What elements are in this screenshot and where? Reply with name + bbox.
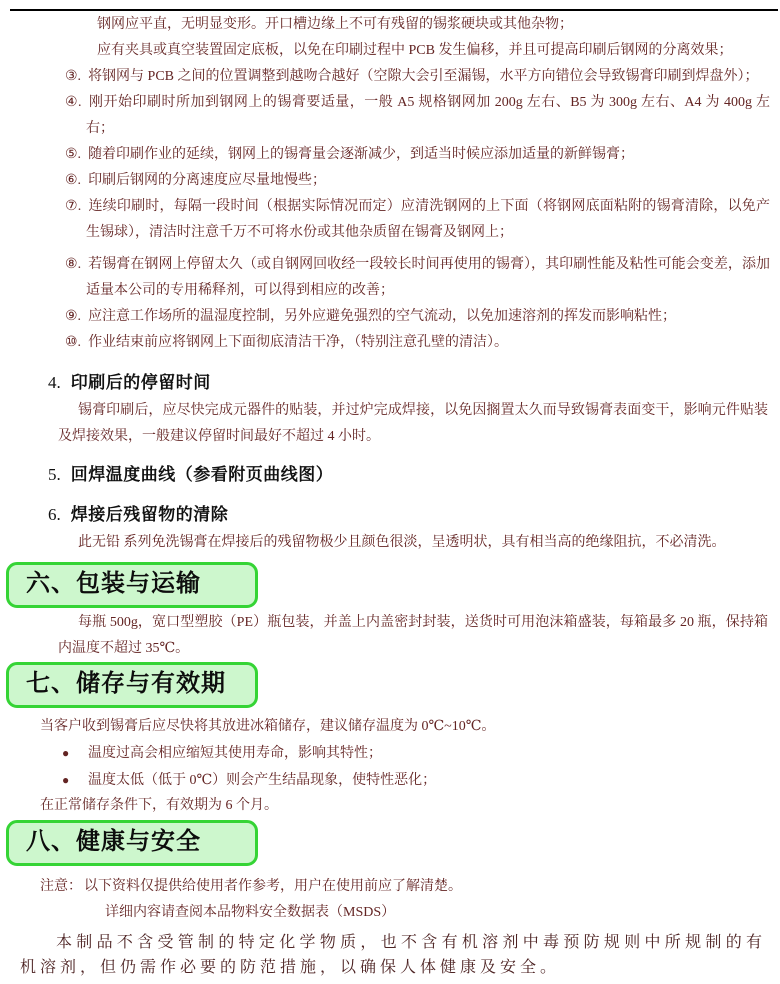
print-dwell-body: 锡膏印刷后，应尽快完成元器件的贴装，并过炉完成焊接，以免因搁置太久而导致锡膏表面… xyxy=(58,398,768,450)
storage-bullet-2: ●温度太低（低于 0℃）则会产生结晶现象，使特性恶化； xyxy=(62,768,772,793)
numbered-step-7: ⑦.连续印刷时，每隔一段时间（根据实际情况而定）应清洗钢网的上下面（将钢网底面粘… xyxy=(86,194,770,246)
heading-number: 5. xyxy=(48,465,61,484)
section-heading-health-safety: 八、健康与安全 xyxy=(6,820,258,866)
heading-number: 4. xyxy=(48,373,61,392)
safety-note: 注意：以下资料仅提供给使用者作参考，用户在使用前应了解清楚。 xyxy=(40,874,772,900)
storage-intro: 当客户收到锡膏后应尽快将其放进冰箱储存，建议储存温度为 0℃~10℃。 xyxy=(40,714,772,739)
step-text: 若锡膏在钢网上停留太久（或自钢网回收经一段较长时间再使用的锡膏），其印刷性能及粘… xyxy=(86,257,770,298)
numbered-step-10: ⑩.作业结束前应将钢网上下面彻底清洁干净，（特别注意孔壁的清洁）。 xyxy=(86,330,770,356)
heading-residue-cleaning: 6.焊接后残留物的清除 xyxy=(48,502,772,528)
step-text: 随着印刷作业的延续，钢网上的锡膏量会逐渐减少，到适当时候应添加适量的新鲜锡膏； xyxy=(88,147,634,162)
numbered-step-5: ⑤.随着印刷作业的延续，钢网上的锡膏量会逐渐减少，到适当时候应添加适量的新鲜锡膏… xyxy=(86,142,770,168)
bullet-text: 温度过高会相应缩短其使用寿命，影响其特性； xyxy=(88,741,382,766)
residue-body: 此无铅 系列免洗锡膏在焊接后的残留物极少且颜色很淡，呈透明状，具有相当高的绝缘阻… xyxy=(58,530,768,556)
numbered-step-4: ④.刚开始印刷时所加到钢网上的锡膏要适量，一般 A5 规格钢网加 200g 左右… xyxy=(86,90,770,142)
step-text: 印刷后钢网的分离速度应尽量地慢些； xyxy=(88,173,326,188)
section-title: 七、储存与有效期 xyxy=(26,670,226,697)
step-marker: ⑤. xyxy=(65,147,81,162)
section-title: 六、包装与运输 xyxy=(26,570,201,597)
storage-outro: 在正常储存条件下，有效期为 6 个月。 xyxy=(40,793,772,818)
step-text: 将钢网与 PCB 之间的位置调整到越吻合越好（空隙大会引至漏锡，水平方向错位会导… xyxy=(88,69,758,84)
heading-number: 6. xyxy=(48,505,61,524)
heading-title: 回焊温度曲线（参看附页曲线图） xyxy=(71,465,334,484)
safety-disclaimer: 本制品不含受管制的特定化学物质，也不含有机溶剂中毒预防规则中所规制的有机溶剂，但… xyxy=(20,930,766,980)
numbered-step-9: ⑨.应注意工作场所的温湿度控制，另外应避免强烈的空气流动，以免加速溶剂的挥发而影… xyxy=(86,304,770,330)
heading-title: 焊接后残留物的清除 xyxy=(71,505,229,524)
heading-reflow-profile: 5.回焊温度曲线（参看附页曲线图） xyxy=(48,462,772,488)
intro-line-2: 应有夹具或真空装置固定底板，以免在印刷过程中 PCB 发生偏移，并且可提高印刷后… xyxy=(97,38,772,64)
section-title: 八、健康与安全 xyxy=(26,828,201,855)
document-content: 钢网应平直，无明显变形。开口槽边缘上不可有残留的锡浆硬块或其他杂物； 应有夹具或… xyxy=(0,0,780,980)
step-text: 应注意工作场所的温湿度控制，另外应避免强烈的空气流动，以免加速溶剂的挥发而影响粘… xyxy=(88,309,676,324)
numbered-step-6: ⑥.印刷后钢网的分离速度应尽量地慢些； xyxy=(86,168,770,194)
step-marker: ③. xyxy=(65,69,81,84)
step-text: 作业结束前应将钢网上下面彻底清洁干净，（特别注意孔壁的清洁）。 xyxy=(88,335,508,350)
note-label: 注意： xyxy=(40,879,82,894)
step-marker: ⑨. xyxy=(65,309,81,324)
step-marker: ⑧. xyxy=(65,257,81,272)
step-marker: ⑥. xyxy=(65,173,81,188)
safety-msds-reference: 详细内容请查阅本品物料安全数据表（MSDS） xyxy=(105,900,772,926)
page-top-border xyxy=(10,9,778,11)
bullet-icon: ● xyxy=(62,768,88,793)
step-marker: ④. xyxy=(65,95,82,110)
section-heading-storage-shelf-life: 七、储存与有效期 xyxy=(6,662,258,708)
heading-print-dwell-time: 4.印刷后的停留时间 xyxy=(48,370,772,396)
step-marker: ⑩. xyxy=(65,335,81,350)
numbered-step-3: ③.将钢网与 PCB 之间的位置调整到越吻合越好（空隙大会引至漏锡，水平方向错位… xyxy=(86,64,770,90)
step-text: 连续印刷时，每隔一段时间（根据实际情况而定）应清洗钢网的上下面（将钢网底面粘附的… xyxy=(86,199,770,240)
section-heading-packing-transport: 六、包装与运输 xyxy=(6,562,258,608)
numbered-step-8: ⑧.若锡膏在钢网上停留太久（或自钢网回收经一段较长时间再使用的锡膏），其印刷性能… xyxy=(86,252,770,304)
packing-body: 每瓶 500g，宽口型塑胶（PE）瓶包装，并盖上内盖密封封装，送货时可用泡沫箱盛… xyxy=(58,610,768,662)
note-text: 以下资料仅提供给使用者作参考，用户在使用前应了解清楚。 xyxy=(84,879,462,894)
step-marker: ⑦. xyxy=(65,199,81,214)
intro-line-1: 钢网应平直，无明显变形。开口槽边缘上不可有残留的锡浆硬块或其他杂物； xyxy=(97,12,772,38)
bullet-text: 温度太低（低于 0℃）则会产生结晶现象，使特性恶化； xyxy=(88,768,436,793)
bullet-icon: ● xyxy=(62,741,88,766)
heading-title: 印刷后的停留时间 xyxy=(71,373,211,392)
step-text: 刚开始印刷时所加到钢网上的锡膏要适量，一般 A5 规格钢网加 200g 左右、B… xyxy=(86,95,770,136)
storage-bullet-1: ●温度过高会相应缩短其使用寿命，影响其特性； xyxy=(62,741,772,766)
document-page: 钢网应平直，无明显变形。开口槽边缘上不可有残留的锡浆硬块或其他杂物； 应有夹具或… xyxy=(0,0,780,984)
